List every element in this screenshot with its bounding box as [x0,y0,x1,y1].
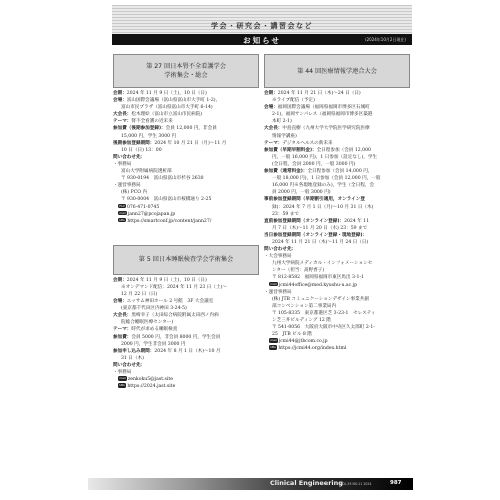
detail-label: 参加費： [113,335,131,340]
detail-row: ・大会事務局 [264,253,410,260]
detail-row: 参加費（早期早割料金)：全日程参加（会員 12,000 [264,147,410,154]
detail-row: 員 2000 円，一般 3000 円) [264,189,410,196]
notice-date: (2024年10月2日現在) [365,37,406,43]
detail-row: (全日程，会員 2000 円，一般 3000 円) [264,161,410,168]
detail-value: 2024 年 11 月 21 日（木)～24 日（日) [278,91,361,96]
detail-row: 会場：福岡国際会議場（福岡県福岡市博多区石城町 [264,104,410,111]
detail-label: 事前参加登録期間（早期割引適用，オンライン登 [264,197,365,202]
detail-label: 参加申し込み期間： [113,349,154,354]
detail-row: 院総合睡眠医療センター) [113,319,259,326]
detail-row: 本町 2-1) [264,118,410,125]
mail-icon: mail [269,282,278,287]
detail-value: 2024 年 11 [344,219,369,224]
detail-row: テーマ：デジタルヘルスの新未来 [264,140,410,147]
detail-value: 松木理絵（富山市立富山市民病院) [131,112,202,117]
detail-row: 富山市民プラザ（富山県富山市大手町 6-14) [113,104,259,111]
detail-value: 2000 円，学生非会員 3000 円 [121,342,186,347]
detail-row: 会期：2024 年 11 月 9 日（土)，10 日（日) [113,277,259,284]
detail-value: 録)：2024 年 7 月 1 日（月)～10 月 31 日（木) [272,205,373,210]
detail-value: 〒 930-0194 富山県富山市杉谷 2630 [121,176,204,181]
section-category: 学会・研究会・講習会など [112,21,412,31]
website-link[interactable]: https://2024.jast.site [127,384,175,389]
detail-value: ・運営事務局 [264,290,292,295]
mail-line: mailjcmi44office@med.kyushu-u.ac.jp [264,282,410,289]
detail-label: 会場： [113,98,127,103]
detail-row: 円，一般 16,000 円)，1 日参加（設定なし)，学生 [264,154,410,161]
detail-label: 参加費（早期早割料金)： [264,148,317,153]
detail-row: ・事務局 [113,369,259,376]
event-details-jcmi44: 会期：2024 年 11 月 21 日（木)～24 日（日)※ライブ配信（予定)… [264,90,410,253]
journal-brand: Clinical Engineering [270,479,343,487]
detail-value: 月 7 日（木)～11 月 20 日（水) 23：59 まで [272,226,367,231]
detail-value: ンター（担当：髙野香子) [272,268,324,273]
url-line: URLhttps://smartconf.jp/content/jann27/ [113,218,259,225]
detail-label: テーマ： [113,119,131,124]
detail-value: (株) PCO 内 [121,190,147,195]
detail-value: (株) JTB コミュニケーションデザイン事業共創 [272,297,369,302]
detail-row: 参加費（後期参加登録)：会員 12,000 円，非会員 [113,125,259,132]
event-title-box-jcmi44: 第 44 回医療情報学連合大会 [264,54,410,88]
detail-label: 参加費（後期参加登録)： [113,126,166,131]
url-icon: URL [118,383,126,388]
detail-value: 本町 2-1) [272,119,292,124]
detail-row: 問い合わせ先： [264,246,410,253]
detail-value: エッサム神田ホール 2 号館 3F 大会議室 [127,299,214,304]
detail-row: 〒 930-0194 富山県富山市杉谷 2630 [113,175,259,182]
detail-value: ・事務局 [113,162,131,167]
detail-row: 録)：2024 年 7 月 1 日（月)～10 月 31 日（木) [264,204,410,211]
event-contacts-office: ・大会事務局九州大学病院メディカル・インフォメーションセンター（担当：髙野香子)… [264,253,410,281]
event-details-jast5: 会期：2024 年 11 月 9 日（土)，10 日（日)※オンデマンド配信：2… [113,277,259,369]
journal-page: 学会・研究会・講習会など お知らせ (2024年10月2日現在) 第 27 回日… [0,0,500,500]
detail-label: 会期： [264,91,278,96]
url-line: URLhttps://jcmi44.org/index.html [264,345,410,352]
detail-row: 当日参加登録期間（オンライン登録・現地登録)： [264,232,410,239]
detail-label: テーマ： [264,141,282,146]
left-column: 第 27 回日本腎不全看護学会 学術集会・総会 会期：2024 年 11 月 9… [113,54,259,390]
journal-volume: VOL.35 NO.11 2024 [340,482,371,486]
event-title: 第 44 回医療情報学連合大会 [297,67,377,76]
detail-value: 会員 5000 円，非会員 8000 円，学生会員 [131,335,220,340]
detail-row: 会期：2024 年 11 月 9 日（土)，10 日（日) [113,90,259,97]
detail-value: ・大会事務局 [264,254,292,259]
detail-row: 部コンベンション第二事業局内 [264,303,410,310]
detail-row: 大会長：中島直樹（九州大学大学院医学研究院医療 [264,125,410,132]
detail-value: 25 JTB ビル 8 階 [272,332,312,337]
detail-row: 月 7 日（木)～11 月 20 日（水) 23：59 まで [264,225,410,232]
event-title-line2: 学術集会・総会 [164,71,207,80]
detail-value: 部コンベンション第二事業局内 [272,304,336,309]
detail-row: 一般 18,000 円)，1 日参加（会員 12,000 円，一般 [264,175,410,182]
detail-row: 2024 年 11 月 21 日（木)～11 月 24 日（日) [264,239,410,246]
detail-row: ・運営事務局 [113,182,259,189]
detail-value: ・事務局 [113,370,131,375]
detail-row: (東京都千代田区内神田 3-24-5) [113,305,259,312]
detail-value: 〒 812-8582 福岡県福岡市東区馬出 3-1-1 [272,275,364,280]
detail-row: ン芝三井ビルディング 12 階 [264,317,410,324]
email-link[interactable]: jann27@pcojapan.jp [128,212,175,217]
detail-value: 全日程参加（会員 14,000 円， [307,169,372,174]
detail-value: 〒 541-0056 大阪府大阪市中央区久太郎町 2-1- [272,325,375,330]
detail-row: 情報学講座) [264,133,410,140]
detail-label: 会場： [113,299,127,304]
detail-value: 2024 年 8 月 1 日（木)～10 月 [154,349,220,354]
detail-value: 黒崎幸子（太田綜合病院附属太田西ノ内病 [131,313,218,318]
detail-row: テーマ：腎不全看護の近未来 [113,118,259,125]
detail-value: 〒 105-8335 東京都港区芝 3-23-1 セレスティ [272,311,375,316]
detail-value: (東京都千代田区内神田 3-24-5) [121,306,187,311]
detail-row: 事前参加登録期間（早期割引適用，オンライン登 [264,196,410,203]
detail-row: 参加費（通常料金)：全日程参加（会員 14,000 円， [264,168,410,175]
detail-value: 23：59 まで [272,212,299,217]
detail-row: 10 日（日) 13：00 [113,147,259,154]
detail-row: 〒 930-0004 富山県富山市桜橋通り 2-25 [113,196,259,203]
detail-value: ※ライブ配信（予定) [272,98,315,103]
detail-row: 〒 541-0056 大阪府大阪市中央区久太郎町 2-1- [264,324,410,331]
url-icon: URL [269,345,277,350]
detail-label: 参加費（通常料金)： [264,169,307,174]
detail-value: 九州大学病院メディカル・インフォメーションセ [272,261,372,266]
fax-line: FAX076-471-0745 [113,204,259,211]
detail-label: 後期参加登録期間： [113,141,154,146]
detail-value: 10 日（日) 13：00 [121,148,162,153]
detail-row: ・運営事務局 [264,289,410,296]
section-banner: 学会・研究会・講習会など [112,5,412,34]
detail-row: 直前参加登録期間（オンライン登録)：2024 年 11 [264,218,410,225]
detail-value: 12 月 22 日（日) [121,292,157,297]
detail-row: ンター（担当：髙野香子) [264,267,410,274]
detail-value: 2024 年 10 月 21 日（月)～11 月 [154,141,226,146]
detail-value: 15,000 円，学生 3000 円 [121,134,176,139]
detail-label: 大会長： [113,313,131,318]
detail-value: 2024 年 11 月 9 日（土)，10 日（日) [127,278,207,283]
detail-value: 2024 年 11 月 21 日（木)～11 月 24 日（日) [272,240,368,245]
detail-value: 院総合睡眠医療センター) [121,320,173,325]
event-contacts-jast5: ・事務局 [113,369,259,376]
website-link[interactable]: https://smartconf.jp/content/jann27/ [127,219,211,224]
detail-label: 大会長： [113,112,131,117]
event-title-box-jast5: 第 5 回日本睡眠検査学会学術集会 [113,245,259,275]
detail-value: 16,000 円※各現地登録のみ)，学生（全日程，会 [272,183,374,188]
detail-row: 会期：2024 年 11 月 21 日（木)～24 日（日) [264,90,410,97]
detail-label: 会期： [113,278,127,283]
detail-value: 福岡国際会議場（福岡県福岡市博多区石城町 [278,105,370,110]
footer-bar: Clinical Engineering VOL.35 NO.11 2024 9… [88,478,413,490]
email-link[interactable]: zenkoku5@jast.site [128,377,173,382]
detail-value: ・運営事務局 [113,183,141,188]
url-icon: URL [118,218,126,223]
spacer [113,225,259,245]
detail-value: ※オンデマンド配信：2024 年 11 月 23 日（土)～ [121,285,227,290]
detail-row: 大会長：松木理絵（富山市立富山市民病院) [113,111,259,118]
detail-row: (株) JTB コミュニケーションデザイン事業共創 [264,296,410,303]
detail-value: 全日程参加（会員 12,000 [317,148,371,153]
notice-title-bar: お知らせ (2024年10月2日現在) [112,34,412,45]
detail-value: 31 日（木) [121,356,144,361]
detail-label: テーマ： [113,327,131,332]
detail-value: 〒 930-0004 富山県富山市桜橋通り 2-25 [121,197,211,202]
detail-value: 一般 18,000 円)，1 日参加（会員 12,000 円，一般 [272,176,380,181]
event-contacts-jann27: ・事務局富山大学附属病院透析部〒 930-0194 富山県富山市杉谷 2630・… [113,161,259,204]
detail-value: 会員 12,000 円，非会員 [166,126,217,131]
detail-row: ※ライブ配信（予定) [264,97,410,104]
page-number: 987 [390,480,401,486]
detail-label: 直前参加登録期間（オンライン登録)： [264,219,344,224]
detail-label: 大会長： [264,126,282,131]
right-column: 第 44 回医療情報学連合大会 会期：2024 年 11 月 21 日（木)～2… [264,54,410,352]
detail-row: 九州大学病院メディカル・インフォメーションセ [264,260,410,267]
detail-row: 富山大学附属病院透析部 [113,168,259,175]
detail-row: (株) PCO 内 [113,189,259,196]
detail-label: 会期： [113,91,127,96]
detail-row: 25 JTB ビル 8 階 [264,331,410,338]
detail-row: 2000 円，学生非会員 3000 円 [113,341,259,348]
detail-value: デジタルヘルスの新未来 [282,141,332,146]
detail-row: 15,000 円，学生 3000 円 [113,133,259,140]
event-contacts-operations: ・運営事務局(株) JTB コミュニケーションデザイン事業共創部コンベンション第… [264,289,410,339]
detail-row: 大会長：黒崎幸子（太田綜合病院附属太田西ノ内病 [113,312,259,319]
email-link[interactable]: jcmi44office@med.kyushu-u.ac.jp [279,283,357,288]
detail-value: 中島直樹（九州大学大学院医学研究院医療 [282,126,369,131]
detail-row: 問い合わせ先： [113,154,259,161]
detail-value: 腎不全看護の近未来 [131,119,172,124]
detail-label: 問い合わせ先： [264,247,296,252]
website-link[interactable]: https://jcmi44.org/index.html [278,346,346,351]
detail-row: 会場：エッサム神田ホール 2 号館 3F 大会議室 [113,298,259,305]
detail-value: 富山国際会議場（富山県富山市大手町 1-2)， [127,98,220,103]
event-title-line1: 第 27 回日本腎不全看護学会 [146,62,226,71]
detail-row: 16,000 円※各現地登録のみ)，学生（全日程，会 [264,182,410,189]
mail-icon: mail [269,338,278,343]
detail-row: 2-1)，福岡サンパレス（福岡県福岡市博多区築港 [264,111,410,118]
event-details-jann27: 会期：2024 年 11 月 9 日（土)，10 日（日)会場：富山国際会議場（… [113,90,259,161]
detail-row: 問い合わせ先： [113,362,259,369]
mail-line: mailjann27@pcojapan.jp [113,211,259,218]
detail-row: 会場：富山国際会議場（富山県富山市大手町 1-2)， [113,97,259,104]
detail-value: 2-1)，福岡サンパレス（福岡県福岡市博多区築港 [272,112,372,117]
detail-row: ・事務局 [113,161,259,168]
fax-icon: FAX [118,204,126,209]
mail-icon: mail [118,376,127,381]
detail-value: (全日程，会員 2000 円，一般 3000 円) [272,162,355,167]
event-title-box-jann27: 第 27 回日本腎不全看護学会 学術集会・総会 [113,54,259,88]
detail-row: 23：59 まで [264,211,410,218]
detail-value: 円，一般 16,000 円)，1 日参加（設定なし)，学生 [272,155,377,160]
detail-row: 31 日（木) [113,355,259,362]
mail-line: mailjcmi44@jtbcom.co.jp [264,338,410,345]
detail-row: ※オンデマンド配信：2024 年 11 月 23 日（土)～ [113,284,259,291]
detail-value: 員 2000 円，一般 3000 円) [272,190,331,195]
detail-label: 問い合わせ先： [113,155,145,160]
detail-value: 2024 年 11 月 9 日（土)，10 日（日) [127,91,207,96]
detail-row: 12 月 22 日（日) [113,291,259,298]
detail-row: 〒 105-8335 東京都港区芝 3-23-1 セレスティ [264,310,410,317]
url-line: URLhttps://2024.jast.site [113,383,259,390]
detail-value: 情報学講座) [272,134,297,139]
detail-label: 問い合わせ先： [113,363,145,368]
detail-value: 時代が求める睡眠検査 [131,327,177,332]
detail-row: 〒 812-8582 福岡県福岡市東区馬出 3-1-1 [264,274,410,281]
event-title: 第 5 回日本睡眠検査学会学術集会 [139,255,234,264]
detail-label: 当日参加登録期間（オンライン登録・現地登録)： [264,233,367,238]
detail-value: ン芝三井ビルディング 12 階 [272,318,331,323]
mail-icon: mail [118,211,127,216]
detail-row: 後期参加登録期間：2024 年 10 月 21 日（月)～11 月 [113,140,259,147]
mail-line: mailzenkoku5@jast.site [113,376,259,383]
detail-row: テーマ：時代が求める睡眠検査 [113,326,259,333]
fax-number: 076-471-0745 [127,205,159,210]
detail-value: 富山市民プラザ（富山県富山市大手町 6-14) [121,105,213,110]
detail-label: 会場： [264,105,278,110]
detail-row: 参加費：会員 5000 円，非会員 8000 円，学生会員 [113,334,259,341]
detail-row: 参加申し込み期間：2024 年 8 月 1 日（木)～10 月 [113,348,259,355]
detail-value: 富山大学附属病院透析部 [121,169,172,174]
email-link[interactable]: jcmi44@jtbcom.co.jp [279,339,328,344]
